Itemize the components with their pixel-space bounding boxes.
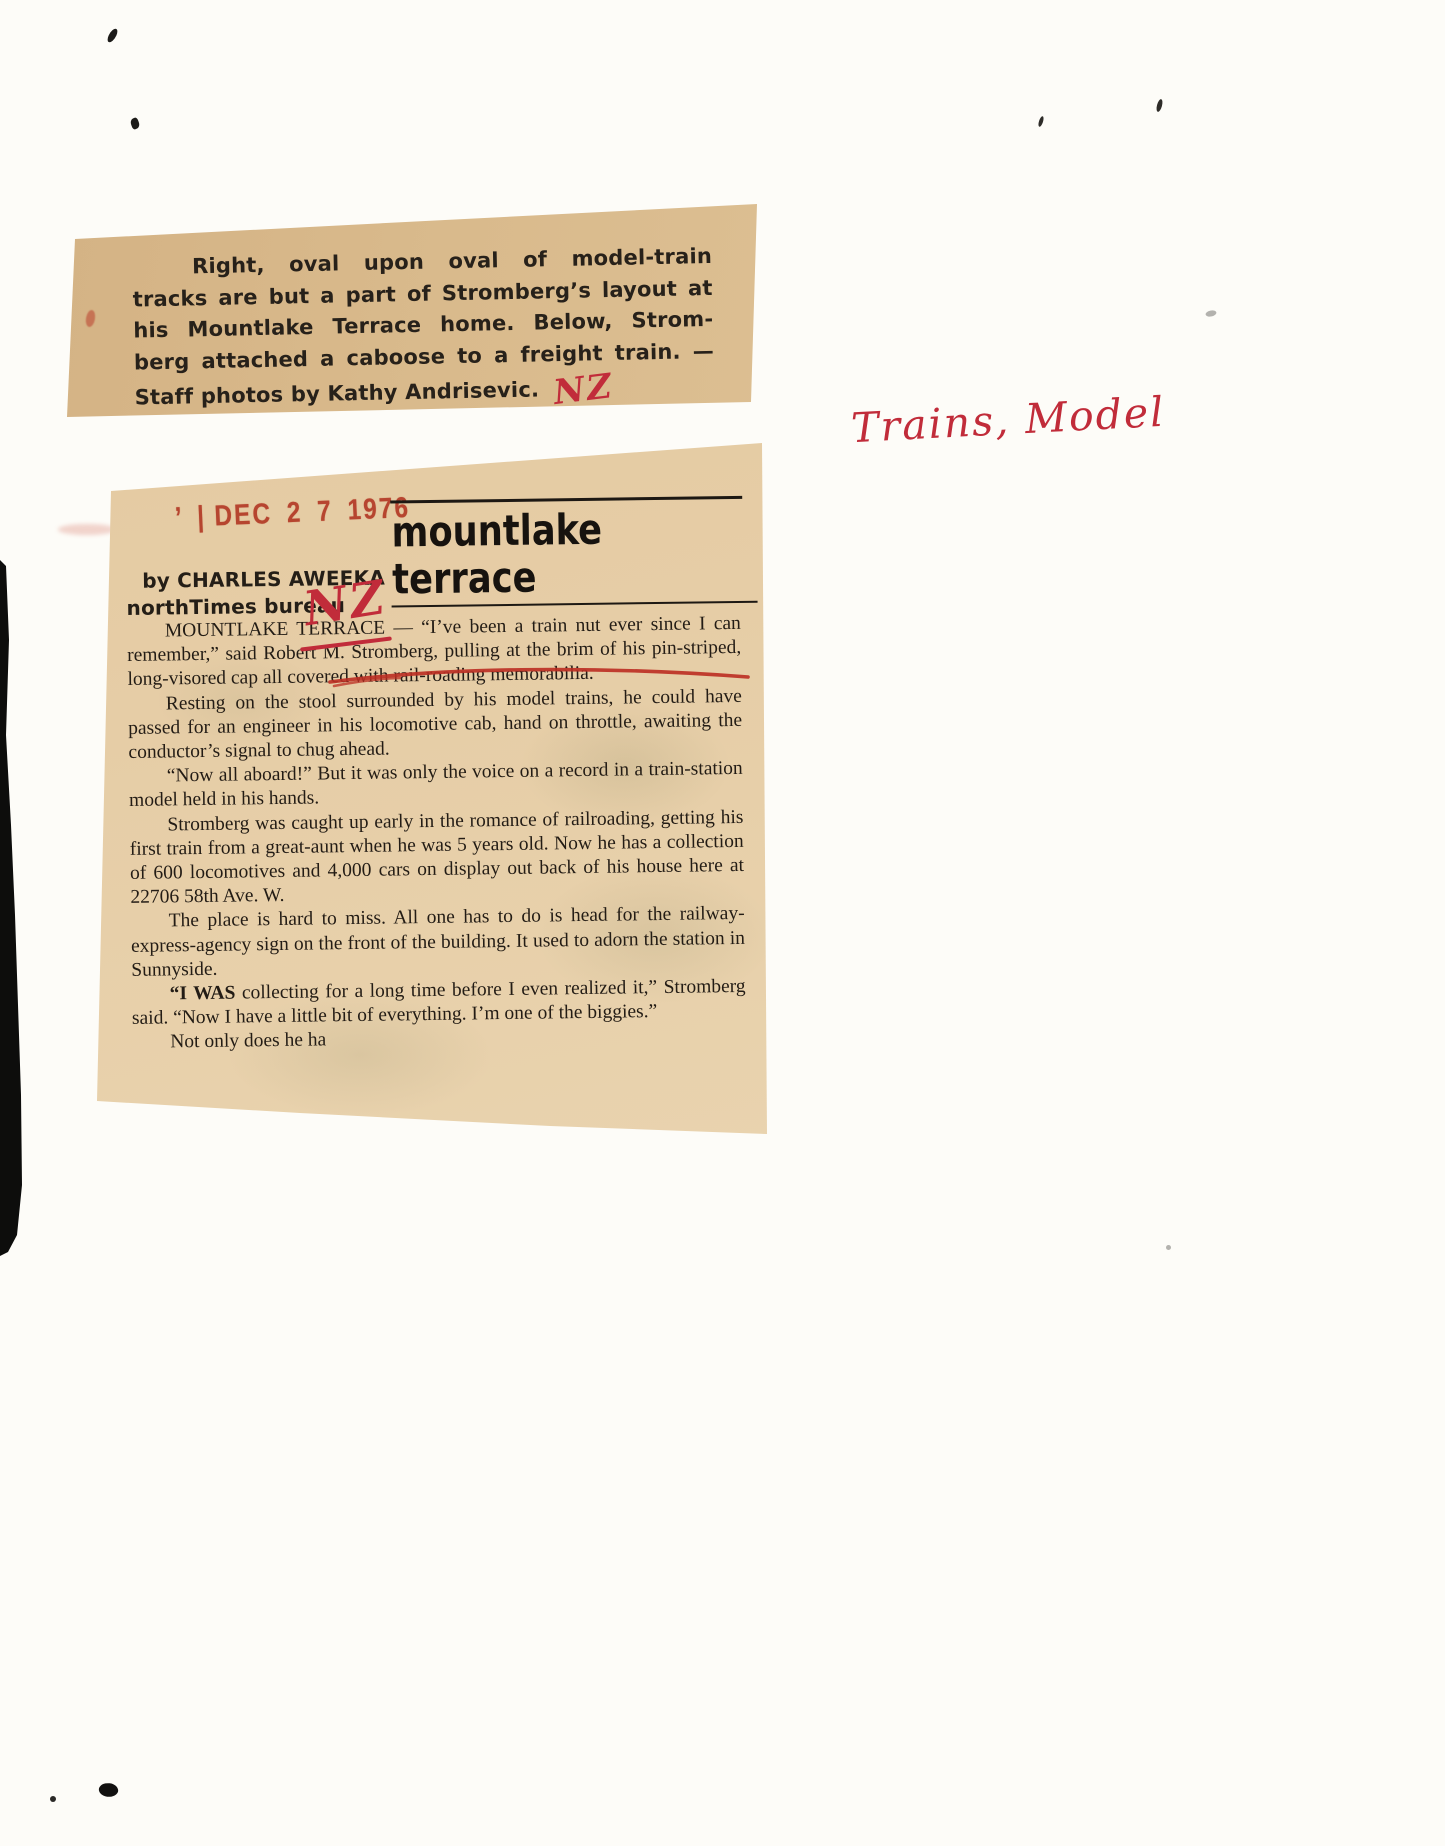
article-paragraph: “Now all aboard!” But it was only the vo… (129, 757, 744, 813)
article-body: MOUNTLAKE TERRACE — “I’ve been a train n… (127, 612, 747, 1056)
article-paragraph: “I WAS collecting for a long time before… (132, 975, 747, 1031)
stamp-tick-marks: ’ | (174, 501, 207, 534)
headline-rule-top (390, 496, 742, 504)
scan-speck (50, 1796, 56, 1802)
article-paragraph: MOUNTLAKE TERRACE — “I’ve been a train n… (127, 612, 742, 693)
article-paragraph: Stromberg was caught up early in the rom… (129, 806, 744, 911)
scan-speck (1166, 1245, 1171, 1250)
photo-caption: Right, oval upon oval of model-train tra… (132, 241, 715, 414)
scanned-page: Right, oval upon oval of model-train tra… (0, 0, 1445, 1846)
date-stamp: ’ |DEC 2 7 1976 (174, 492, 411, 535)
stamp-date: DEC 2 7 1976 (214, 492, 411, 533)
article-paragraph: Resting on the stool surrounded by his m… (128, 685, 743, 766)
red-ink-smudge (58, 524, 116, 535)
article-headline: mountlake terrace (391, 506, 603, 603)
handwritten-nz-mark: NZ (551, 371, 614, 410)
article-paragraph: The place is hard to miss. All one has t… (131, 902, 746, 983)
left-edge-black-strip (0, 560, 22, 1256)
